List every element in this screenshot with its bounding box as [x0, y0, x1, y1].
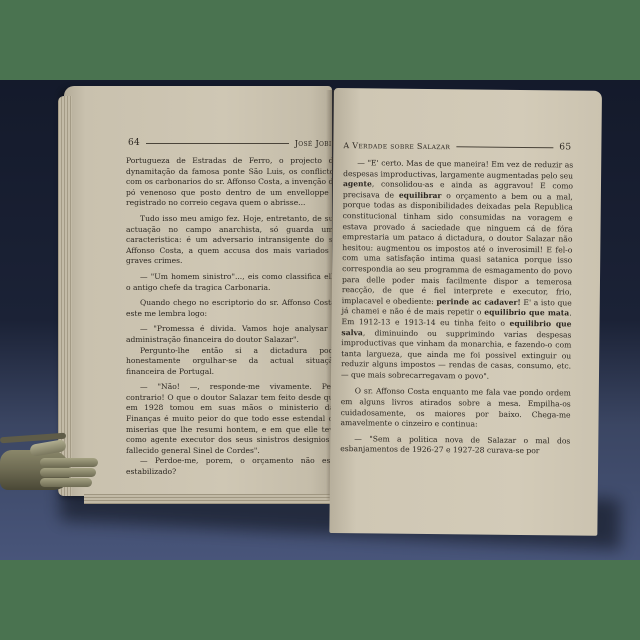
top-green-border: [0, 0, 640, 80]
paragraph: Quando chego no escriptorio do sr. Affon…: [126, 298, 338, 319]
paragraph: Tudo isso meu amigo fez. Hoje, entretant…: [126, 214, 338, 267]
running-head-title: A Verdade sobre Salazar: [343, 141, 450, 151]
paragraph: — "Promessa é divida. Vamos hoje analysa…: [126, 324, 338, 345]
right-page: A Verdade sobre Salazar 65 — "E' certo. …: [329, 88, 602, 536]
paragraph: — "Não! —, responde-me vivamente. Pelo c…: [126, 382, 338, 456]
paragraph: Pergunto-lhe então si a dictadura pode h…: [126, 346, 338, 378]
paragraph: Portugueza de Estradas de Ferro, o proje…: [126, 156, 338, 209]
header-rule: [456, 146, 553, 148]
hand-finger: [40, 458, 98, 467]
left-page-body: Portugueza de Estradas de Ferro, o proje…: [126, 156, 338, 483]
hand-finger: [40, 478, 92, 487]
right-page-body: — "E' certo. Mas de que maneira! Em vez …: [340, 158, 573, 462]
bottom-green-border: [0, 560, 640, 640]
paragraph: — Perdoe-me, porem, o orçamento não está…: [126, 456, 338, 477]
page-number-left: 64: [128, 138, 140, 148]
metal-hand-page-holder: [0, 440, 100, 495]
paragraph: — "Um homem sinistro"..., eis como class…: [126, 272, 338, 293]
paragraph: O sr. Affonso Costa enquanto me fala vae…: [340, 387, 570, 432]
page-number-right: 65: [559, 142, 571, 152]
page-stack-bottom: [84, 494, 336, 504]
left-page: 64 José Jobim Portugueza de Estradas de …: [64, 86, 332, 496]
header-rule: [146, 143, 289, 144]
hand-finger: [40, 468, 96, 477]
paragraph: — "E' certo. Mas de que maneira! Em vez …: [341, 158, 573, 383]
right-running-header: A Verdade sobre Salazar 65: [343, 140, 571, 152]
left-running-header: 64 José Jobim: [128, 138, 338, 148]
paragraph: — "Sem a politica nova de Salazar o mal …: [340, 434, 570, 458]
photo-scene: 64 José Jobim Portugueza de Estradas de …: [0, 80, 640, 560]
